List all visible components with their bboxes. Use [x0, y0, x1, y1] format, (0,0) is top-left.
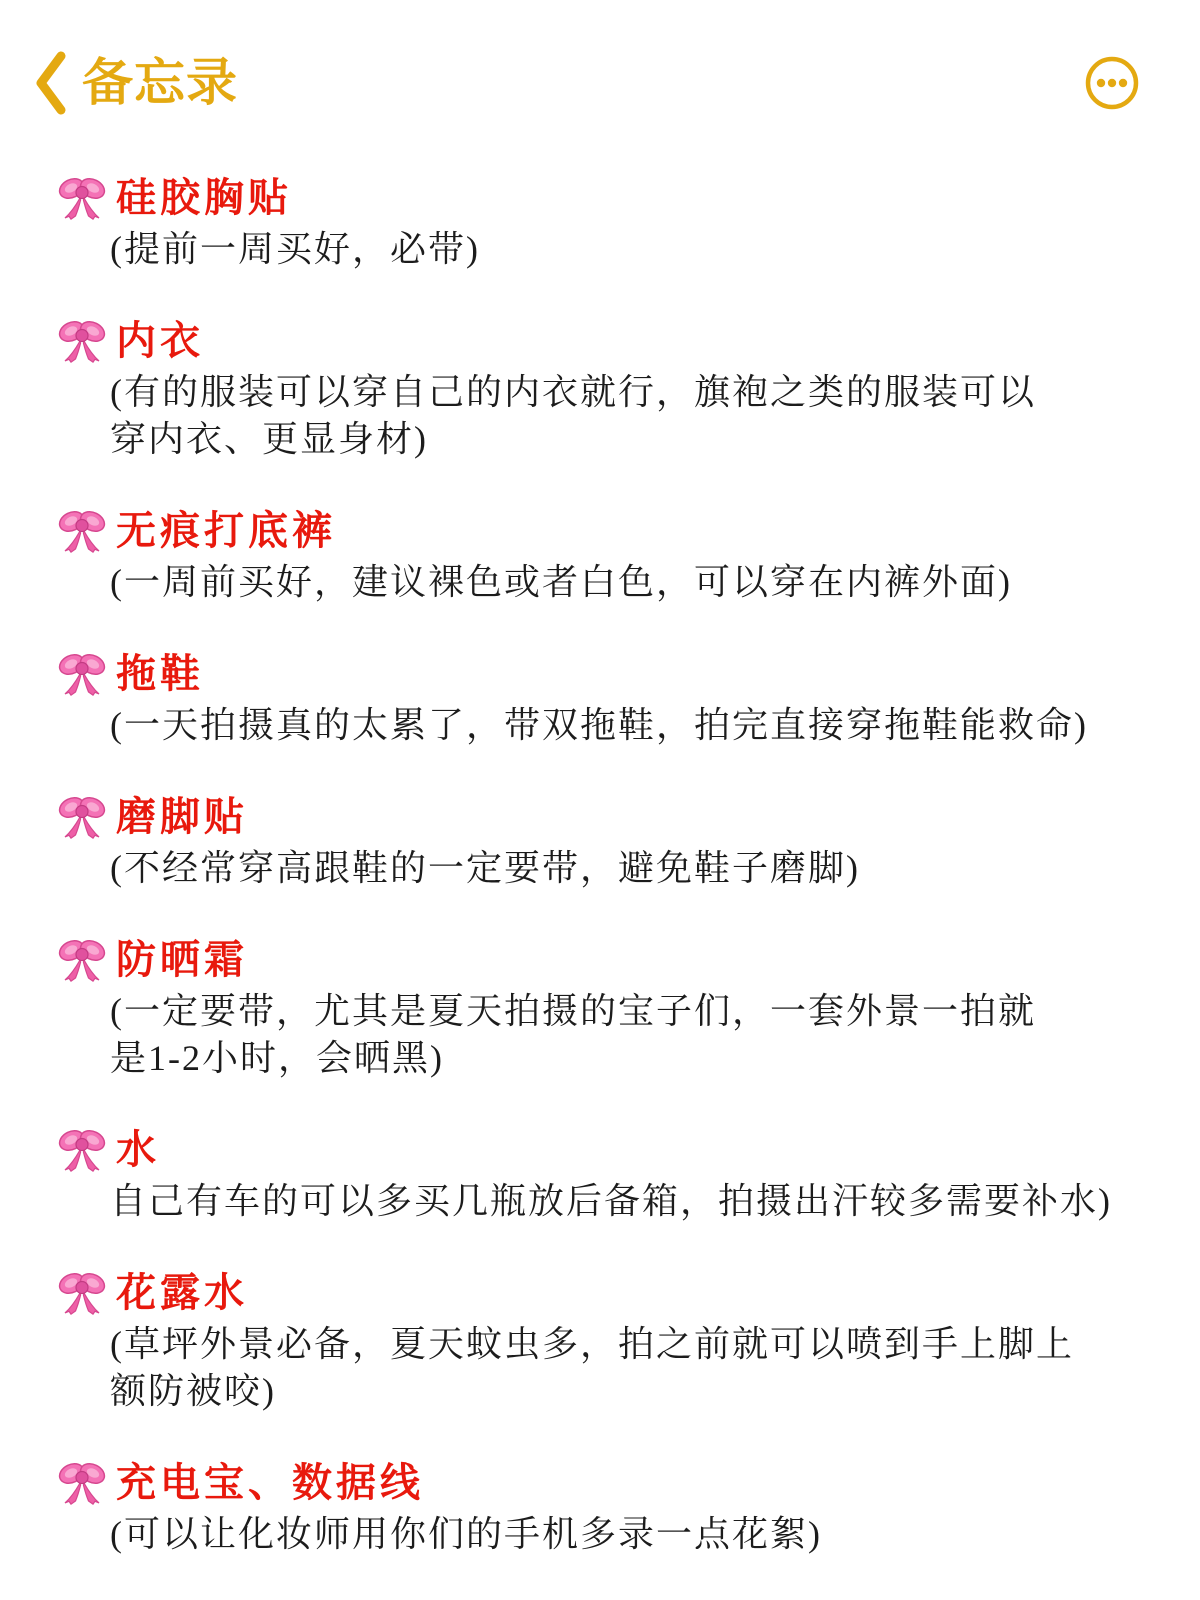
item-desc: (一周前买好，建议裸色或者白色，可以穿在内裤外面) [110, 559, 1160, 606]
item-title: 无痕打底裤 [116, 505, 336, 557]
item-title: 拖鞋 [116, 648, 204, 700]
bow-ribbon-icon [58, 936, 106, 984]
bow-ribbon-icon [58, 1269, 106, 1317]
list-item: 花露水 (草坪外景必备，夏天蚊虫多，拍之前就可以喷到手上脚上 额防被咬) [58, 1267, 1160, 1415]
item-title: 硅胶胸贴 [116, 172, 292, 224]
ellipsis-circle-icon [1084, 55, 1140, 111]
back-button[interactable]: 备忘录 [34, 50, 238, 116]
bow-ribbon-icon [58, 1126, 106, 1174]
bow-ribbon-icon [58, 174, 106, 222]
item-title: 磨脚贴 [116, 791, 248, 843]
list-item: 拖鞋 (一天拍摄真的太累了，带双拖鞋，拍完直接穿拖鞋能救命) [58, 648, 1160, 749]
item-desc: (可以让化妆师用你们的手机多录一点花絮) [110, 1511, 1160, 1558]
bow-ribbon-icon [58, 507, 106, 555]
item-title: 花露水 [116, 1267, 248, 1319]
item-desc: (不经常穿高跟鞋的一定要带，避免鞋子磨脚) [110, 845, 1160, 892]
chevron-left-icon [34, 50, 66, 116]
item-desc: (提前一周买好，必带) [110, 226, 1160, 273]
list-item: 硅胶胸贴 (提前一周买好，必带) [58, 172, 1160, 273]
item-desc: (草坪外景必备，夏天蚊虫多，拍之前就可以喷到手上脚上 额防被咬) [110, 1321, 1160, 1415]
bow-ribbon-icon [58, 650, 106, 698]
bow-ribbon-icon [58, 793, 106, 841]
list-item: 无痕打底裤 (一周前买好，建议裸色或者白色，可以穿在内裤外面) [58, 505, 1160, 606]
list-item: 磨脚贴 (不经常穿高跟鞋的一定要带，避免鞋子磨脚) [58, 791, 1160, 892]
list-item: 内衣 (有的服装可以穿自己的内衣就行，旗袍之类的服装可以 穿内衣、更显身材) [58, 315, 1160, 463]
note-body[interactable]: 硅胶胸贴 (提前一周买好，必带) 内衣 (有的服装可以穿自己的内衣就行，旗袍之类… [0, 116, 1200, 1558]
back-label: 备忘录 [82, 53, 238, 113]
list-item: 防晒霜 (一定要带，尤其是夏天拍摄的宝子们，一套外景一拍就 是1-2小时，会晒黑… [58, 934, 1160, 1082]
list-item: 充电宝、数据线 (可以让化妆师用你们的手机多录一点花絮) [58, 1457, 1160, 1558]
item-desc: (一定要带，尤其是夏天拍摄的宝子们，一套外景一拍就 是1-2小时，会晒黑) [110, 988, 1160, 1082]
item-title: 水 [116, 1124, 160, 1176]
item-title: 防晒霜 [116, 934, 248, 986]
more-button[interactable] [1084, 55, 1140, 111]
bow-ribbon-icon [58, 1459, 106, 1507]
item-title: 内衣 [116, 315, 204, 367]
item-title: 充电宝、数据线 [116, 1457, 424, 1509]
item-desc: 自己有车的可以多买几瓶放后备箱，拍摄出汗较多需要补水) [110, 1178, 1160, 1225]
item-desc: (有的服装可以穿自己的内衣就行，旗袍之类的服装可以 穿内衣、更显身材) [110, 369, 1160, 463]
item-desc: (一天拍摄真的太累了，带双拖鞋，拍完直接穿拖鞋能救命) [110, 702, 1160, 749]
bow-ribbon-icon [58, 317, 106, 365]
nav-bar: 备忘录 [0, 0, 1200, 116]
list-item: 水 自己有车的可以多买几瓶放后备箱，拍摄出汗较多需要补水) [58, 1124, 1160, 1225]
